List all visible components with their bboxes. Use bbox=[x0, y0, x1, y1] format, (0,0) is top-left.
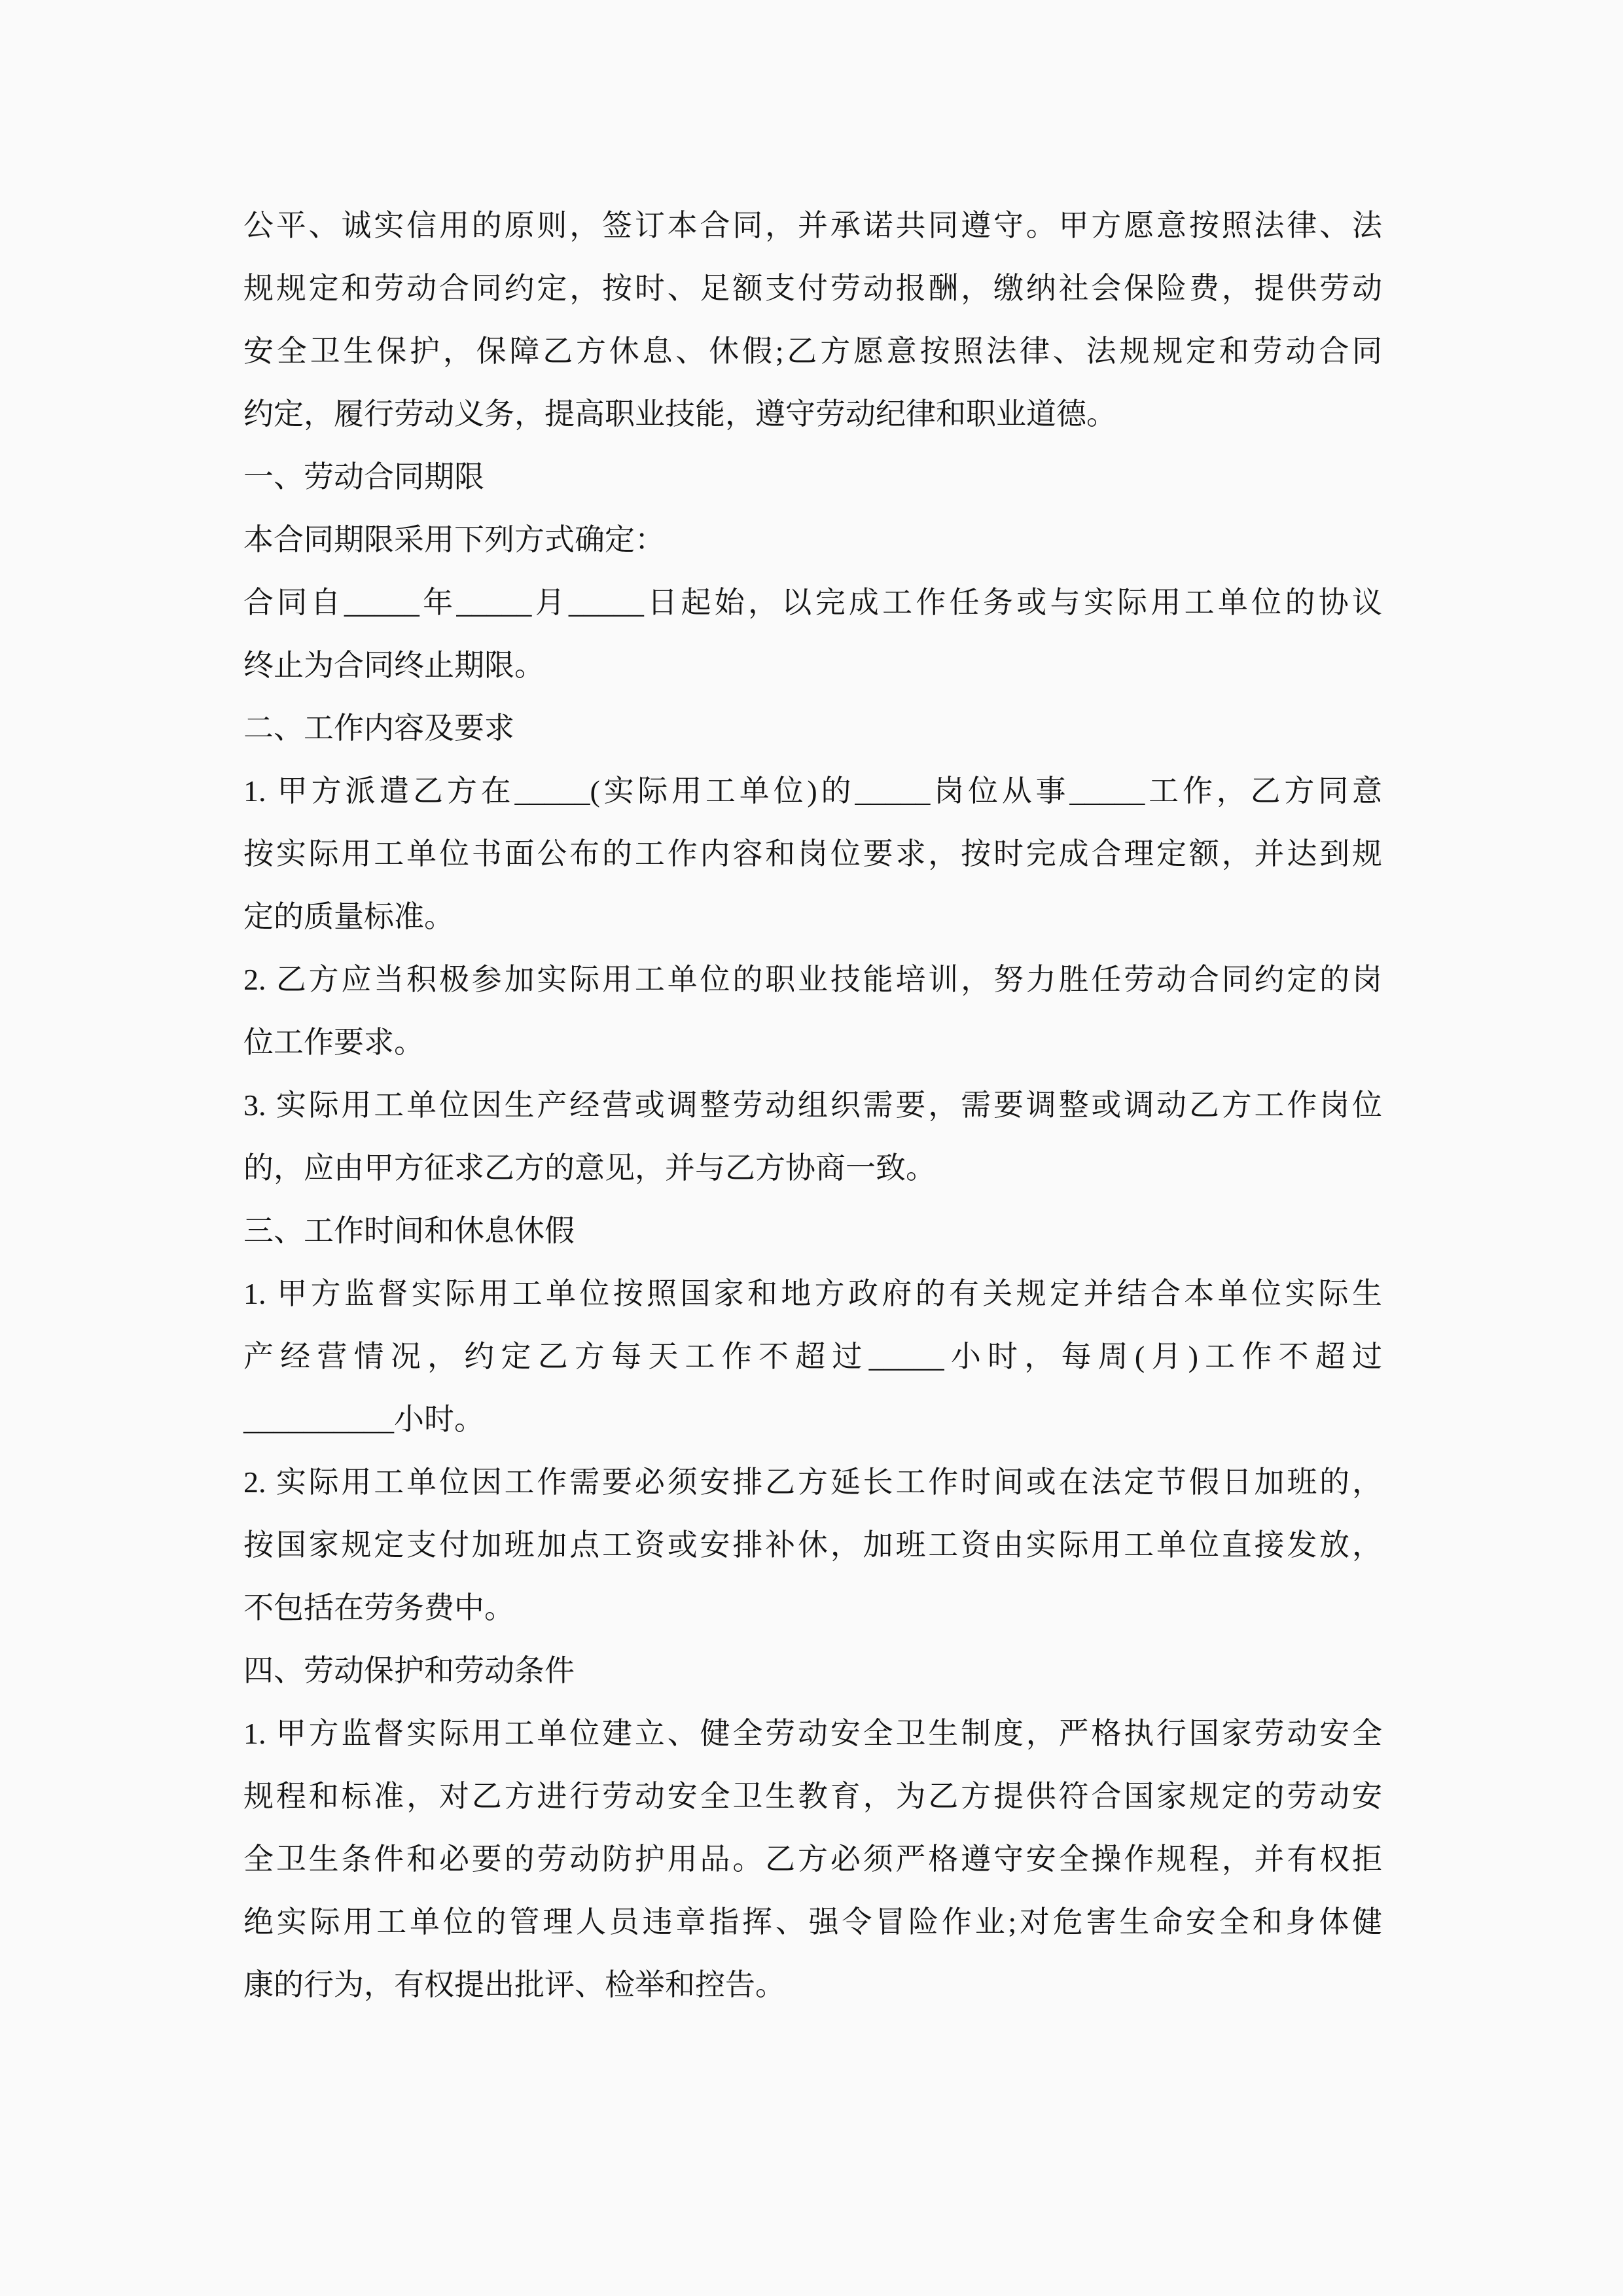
paragraph-line: 安全卫生保护，保障乙方休息、休假;乙方愿意按照法律、法规规定和劳动合同 bbox=[243, 320, 1382, 383]
paragraph-line: 本合同期限采用下列方式确定： bbox=[243, 509, 1382, 571]
paragraph-line: 不包括在劳务费中。 bbox=[243, 1577, 1382, 1640]
paragraph-line: 1. 甲方监督实际用工单位建立、健全劳动安全卫生制度，严格执行国家劳动安全 bbox=[243, 1702, 1382, 1765]
paragraph-line-with-hours-blank: 产经营情况，约定乙方每天工作不超过_____小时，每周(月)工作不超过 bbox=[243, 1325, 1382, 1388]
paragraph-line: 绝实际用工单位的管理人员违章指挥、强令冒险作业;对危害生命安全和身体健 bbox=[243, 1891, 1382, 1954]
contract-page: 公平、诚实信用的原则，签订本合同，并承诺共同遵守。甲方愿意按照法律、法 规规定和… bbox=[0, 0, 1623, 2296]
paragraph-line: 全卫生条件和必要的劳动防护用品。乙方必须严格遵守安全操作规程，并有权拒 bbox=[243, 1828, 1382, 1891]
paragraph-line: 定的质量标准。 bbox=[243, 886, 1382, 948]
paragraph-line: 公平、诚实信用的原则，签订本合同，并承诺共同遵守。甲方愿意按照法律、法 bbox=[243, 194, 1382, 257]
paragraph-line: 康的行为，有权提出批评、检举和控告。 bbox=[243, 1954, 1382, 2017]
heading-section-1-contract-term: 一、劳动合同期限 bbox=[243, 446, 1382, 509]
paragraph-line: 规程和标准，对乙方进行劳动安全卫生教育，为乙方提供符合国家规定的劳动安 bbox=[243, 1765, 1382, 1828]
paragraph-line: 终止为合同终止期限。 bbox=[243, 634, 1382, 697]
paragraph-line-with-hours-blank: __________小时。 bbox=[243, 1388, 1382, 1451]
paragraph-line-with-date-blanks: 合同自_____年_____月_____日起始，以完成工作任务或与实际用工单位的… bbox=[243, 571, 1382, 634]
paragraph-line: 3. 实际用工单位因生产经营或调整劳动组织需要，需要调整或调动乙方工作岗位 bbox=[243, 1074, 1382, 1137]
paragraph-line-with-blanks: 1. 甲方派遣乙方在_____(实际用工单位)的_____岗位从事_____工作… bbox=[243, 760, 1382, 823]
paragraph-line: 按实际用工单位书面公布的工作内容和岗位要求，按时完成合理定额，并达到规 bbox=[243, 823, 1382, 886]
paragraph-line: 的，应由甲方征求乙方的意见，并与乙方协商一致。 bbox=[243, 1137, 1382, 1200]
paragraph-line: 1. 甲方监督实际用工单位按照国家和地方政府的有关规定并结合本单位实际生 bbox=[243, 1263, 1382, 1325]
paragraph-line: 按国家规定支付加班加点工资或安排补休，加班工资由实际用工单位直接发放， bbox=[243, 1514, 1382, 1577]
paragraph-line: 规规定和劳动合同约定，按时、足额支付劳动报酬，缴纳社会保险费，提供劳动 bbox=[243, 257, 1382, 320]
paragraph-line: 位工作要求。 bbox=[243, 1011, 1382, 1074]
heading-section-4-labor-protection: 四、劳动保护和劳动条件 bbox=[243, 1640, 1382, 1702]
paragraph-line: 2. 乙方应当积极参加实际用工单位的职业技能培训，努力胜任劳动合同约定的岗 bbox=[243, 948, 1382, 1011]
paragraph-line: 2. 实际用工单位因工作需要必须安排乙方延长工作时间或在法定节假日加班的， bbox=[243, 1451, 1382, 1514]
contract-body: 公平、诚实信用的原则，签订本合同，并承诺共同遵守。甲方愿意按照法律、法 规规定和… bbox=[243, 194, 1382, 2017]
paragraph-line: 约定，履行劳动义务，提高职业技能，遵守劳动纪律和职业道德。 bbox=[243, 383, 1382, 446]
heading-section-2-work-content: 二、工作内容及要求 bbox=[243, 697, 1382, 760]
heading-section-3-working-hours: 三、工作时间和休息休假 bbox=[243, 1200, 1382, 1263]
